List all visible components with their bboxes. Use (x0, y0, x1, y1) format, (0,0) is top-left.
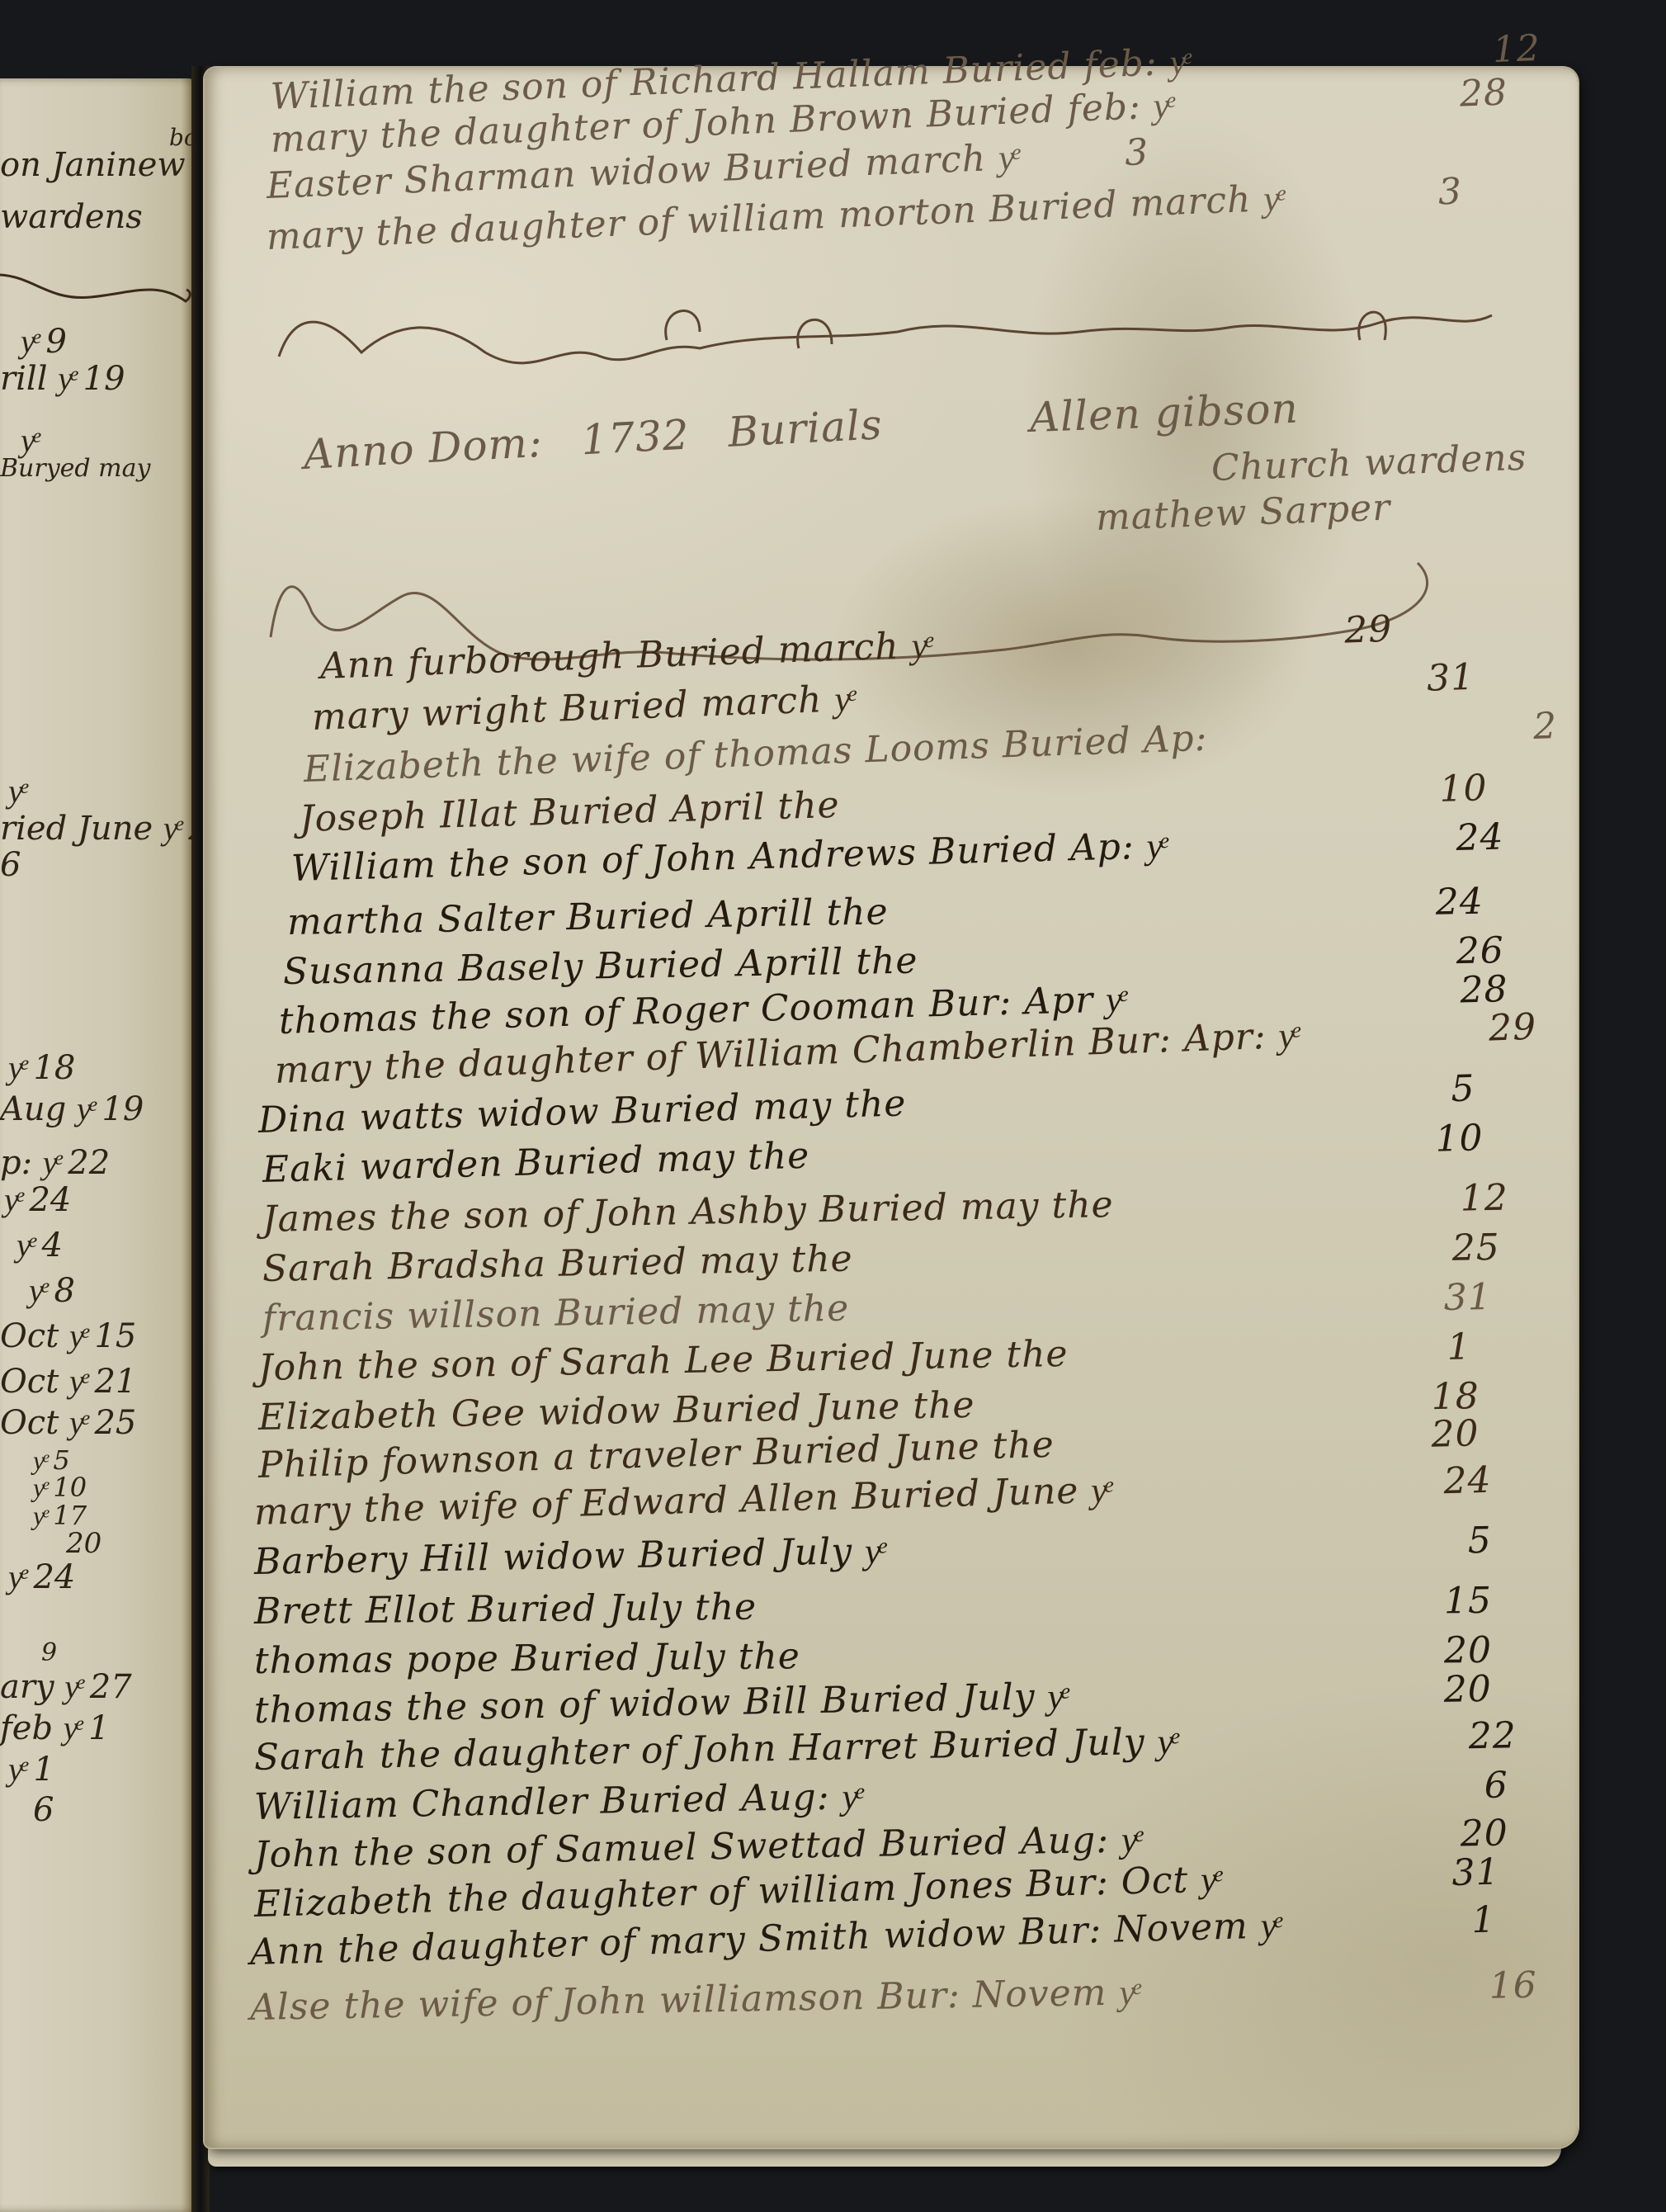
entry-day: 20 (1460, 1812, 1508, 1855)
entry-text: thomas the son of widow Bill Buried July… (254, 1676, 1065, 1732)
entry-day: 22 (1468, 1714, 1517, 1757)
left-fragment: ary yͤ 27 (0, 1667, 132, 1706)
register-entry: Alse the wife of John williamson Bur: No… (250, 1964, 1538, 2029)
entry-text: martha Salter Buried Aprill the (287, 891, 889, 943)
entry-day: 5 (1451, 1067, 1475, 1110)
entry-day: 6 (1484, 1764, 1508, 1806)
entry-day: 15 (1444, 1580, 1492, 1623)
entry-day: 29 (1488, 1006, 1537, 1050)
entry-day: 1 (1471, 1898, 1496, 1941)
register-page: William the son of Richard Hallam Buried… (205, 68, 1578, 2148)
register-entry: Barbery Hill widow Buried July yͤ 5 (254, 1520, 1493, 1583)
left-fragment: 9 (41, 1638, 57, 1667)
entry-text: Sarah the daughter of John Harret Buried… (254, 1721, 1175, 1779)
entry-day: 24 (1456, 816, 1504, 860)
entry-text: John the son of Sarah Lee Buried June th… (258, 1333, 1069, 1389)
left-fragment: Oct yͤ 15 (0, 1316, 136, 1355)
entry-text: Sarah Bradsha Buried may the (262, 1238, 853, 1290)
entry-day: 31 (1426, 656, 1475, 700)
entry-text: francis willson Buried may the (262, 1288, 850, 1340)
entry-day: 12 (1460, 1177, 1508, 1220)
entry-day: 3 (1437, 170, 1463, 213)
divider-flourish (271, 291, 1525, 381)
manuscript-viewer: bo on Janinew wardens yͤ 9 rill yͤ 19 yͤ… (0, 0, 1666, 2212)
entry-text: Eaki warden Buried may the (262, 1135, 809, 1191)
entry-day: 31 (1451, 1850, 1500, 1894)
left-fragment: rill yͤ 19 (0, 359, 125, 398)
left-fragment: feb yͤ 1 (0, 1709, 110, 1747)
register-entry: Brett Ellot Buried July the 15 (254, 1580, 1492, 1633)
entry-text: Barbery Hill widow Buried July yͤ (254, 1530, 882, 1583)
left-fragment: yͤ 10 (33, 1472, 87, 1503)
left-fragment: yͤ (8, 772, 23, 811)
entry-text: James the son of John Ashby Buried may t… (262, 1184, 1114, 1241)
entry-day: 18 (1431, 1375, 1480, 1418)
left-fragment: yͤ 9 (21, 322, 67, 361)
entry-text: William Chandler Buried Aug: yͤ (254, 1775, 860, 1828)
entry-day: 10 (1435, 1117, 1484, 1160)
left-fragment: 6 (33, 1791, 54, 1829)
divider-flourish (0, 268, 194, 310)
entry-day: 20 (1431, 1412, 1480, 1456)
left-fragment: p: yͤ 22 (0, 1143, 110, 1182)
entry-day: 24 (1435, 881, 1484, 924)
heading-anno: Anno Dom: (302, 418, 544, 479)
churchwardens-label: Church wardens (1211, 437, 1527, 489)
left-fragment: 6 (0, 846, 21, 884)
entry-day: 28 (1459, 71, 1508, 115)
left-fragment: Oct yͤ 25 (0, 1403, 136, 1442)
entry-day: 28 (1460, 968, 1508, 1012)
left-fragment: Oct yͤ 21 (0, 1362, 136, 1401)
churchwarden-2: mathew Sarper (1095, 487, 1391, 539)
left-fragment: 20 (66, 1527, 101, 1560)
left-fragment: on Janinew (0, 146, 186, 184)
entry-text: mary wright Buried march yͤ (311, 678, 852, 739)
entry-day: 5 (1467, 1520, 1492, 1562)
entry-day: 1 (1447, 1326, 1471, 1368)
entry-day: 29 (1343, 608, 1393, 652)
left-fragment: yͤ 24 (8, 1557, 75, 1596)
entry-day: 31 (1443, 1276, 1492, 1319)
entry-text: thomas pope Buried July the (254, 1635, 800, 1682)
left-fragment: yͤ 18 (8, 1048, 75, 1087)
entry-text: Joseph Illat Buried April the (299, 784, 840, 840)
entry-day: 20 (1444, 1629, 1492, 1672)
heading-year: 1732 (580, 411, 691, 465)
heading-label: Burials (727, 400, 884, 456)
entry-day: 20 (1443, 1668, 1492, 1711)
left-fragment: yͤ 8 (29, 1271, 75, 1310)
left-fragment: Buryed may (0, 454, 150, 483)
entry-text: Susanna Basely Buried Aprill the (283, 940, 918, 993)
entry-text: Brett Ellot Buried July the (254, 1586, 757, 1633)
entry-day: 10 (1439, 767, 1488, 811)
left-fragment: ried June yͤ 2 (0, 809, 210, 848)
entry-day: 26 (1456, 929, 1504, 972)
entry-day: 3 (1124, 131, 1149, 174)
left-page-fragment: bo on Janinew wardens yͤ 9 rill yͤ 19 yͤ… (0, 78, 196, 2212)
entry-day: 12 (1492, 27, 1541, 71)
left-fragment: wardens (0, 198, 143, 236)
left-fragment: yͤ 4 (17, 1226, 63, 1264)
left-fragment: Aug yͤ 19 (0, 1089, 144, 1128)
heading-line: Anno Dom: 1732 Burials (302, 400, 883, 479)
entry-day: 2 (1532, 705, 1558, 748)
entry-text: Dina watts widow Buried may the (257, 1082, 907, 1141)
entry-day: 24 (1443, 1459, 1492, 1503)
entry-day: 25 (1451, 1227, 1500, 1269)
left-fragment: yͤ 1 (8, 1750, 54, 1789)
left-fragment: yͤ 24 (4, 1180, 71, 1219)
churchwarden-1: Allen gibson (1029, 385, 1300, 442)
entry-text: Alse the wife of John williamson Bur: No… (250, 1971, 1137, 2029)
entry-day: 16 (1489, 1964, 1537, 2007)
